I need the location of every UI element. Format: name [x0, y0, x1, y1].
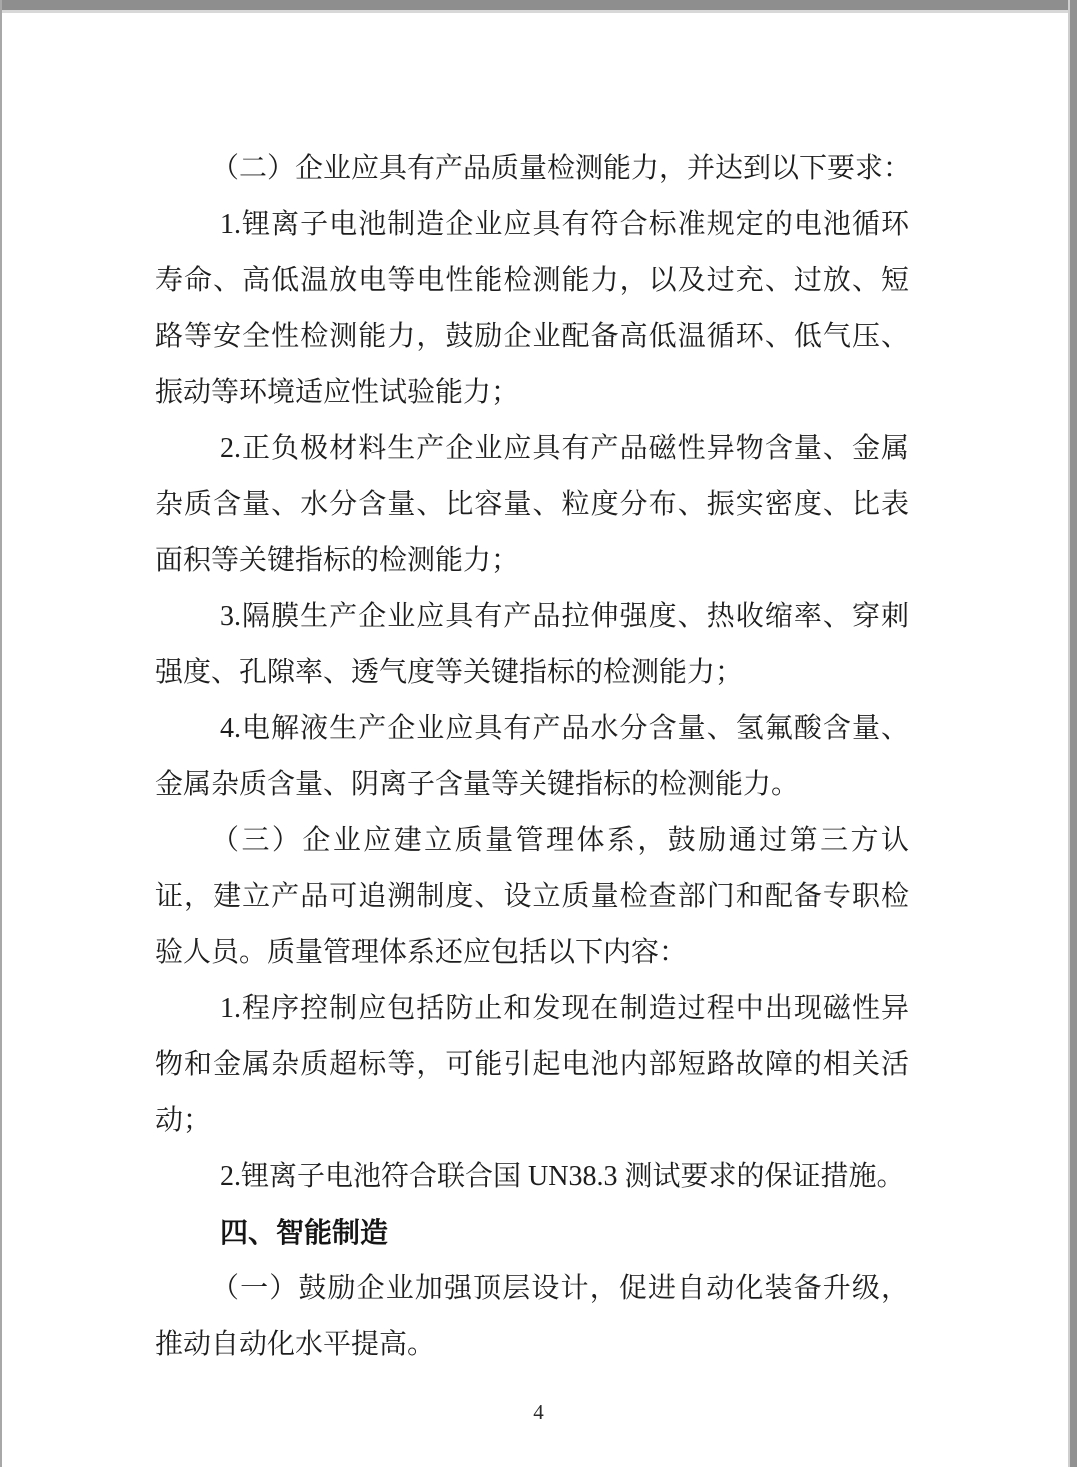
document-body: （二）企业应具有产品质量检测能力，并达到以下要求： 1.锂离子电池制造企业应具有…	[155, 141, 909, 1373]
scan-top-edge	[0, 0, 1077, 13]
paragraph-item-2-un383: 2.锂离子电池符合联合国 UN38.3 测试要求的保证措施。	[155, 1149, 909, 1205]
document-page: （二）企业应具有产品质量检测能力，并达到以下要求： 1.锂离子电池制造企业应具有…	[0, 0, 1077, 1467]
scan-right-edge	[1068, 0, 1077, 1467]
paragraph-item-1-battery-testing: 1.锂离子电池制造企业应具有符合标准规定的电池循环寿命、高低温放电等电性能检测能…	[155, 197, 909, 421]
paragraph-item-1-process-control: 1.程序控制应包括防止和发现在制造过程中出现磁性异物和金属杂质超标等，可能引起电…	[155, 981, 909, 1149]
paragraph-section-2-intro: （二）企业应具有产品质量检测能力，并达到以下要求：	[155, 141, 909, 197]
scan-left-edge	[0, 0, 2, 1467]
paragraph-section-3-quality-system: （三）企业应建立质量管理体系，鼓励通过第三方认证，建立产品可追溯制度、设立质量检…	[155, 813, 909, 981]
paragraph-item-3-separator: 3.隔膜生产企业应具有产品拉伸强度、热收缩率、穿刺强度、孔隙率、透气度等关键指标…	[155, 589, 909, 701]
section-heading-smart-manufacturing: 四、智能制造	[155, 1205, 909, 1261]
paragraph-item-2-electrode-materials: 2.正负极材料生产企业应具有产品磁性异物含量、金属杂质含量、水分含量、比容量、粒…	[155, 421, 909, 589]
page-number: 4	[0, 1400, 1077, 1425]
paragraph-item-4-electrolyte: 4.电解液生产企业应具有产品水分含量、氢氟酸含量、金属杂质含量、阴离子含量等关键…	[155, 701, 909, 813]
paragraph-section-1-top-level-design: （一）鼓励企业加强顶层设计，促进自动化装备升级，推动自动化水平提高。	[155, 1261, 909, 1373]
